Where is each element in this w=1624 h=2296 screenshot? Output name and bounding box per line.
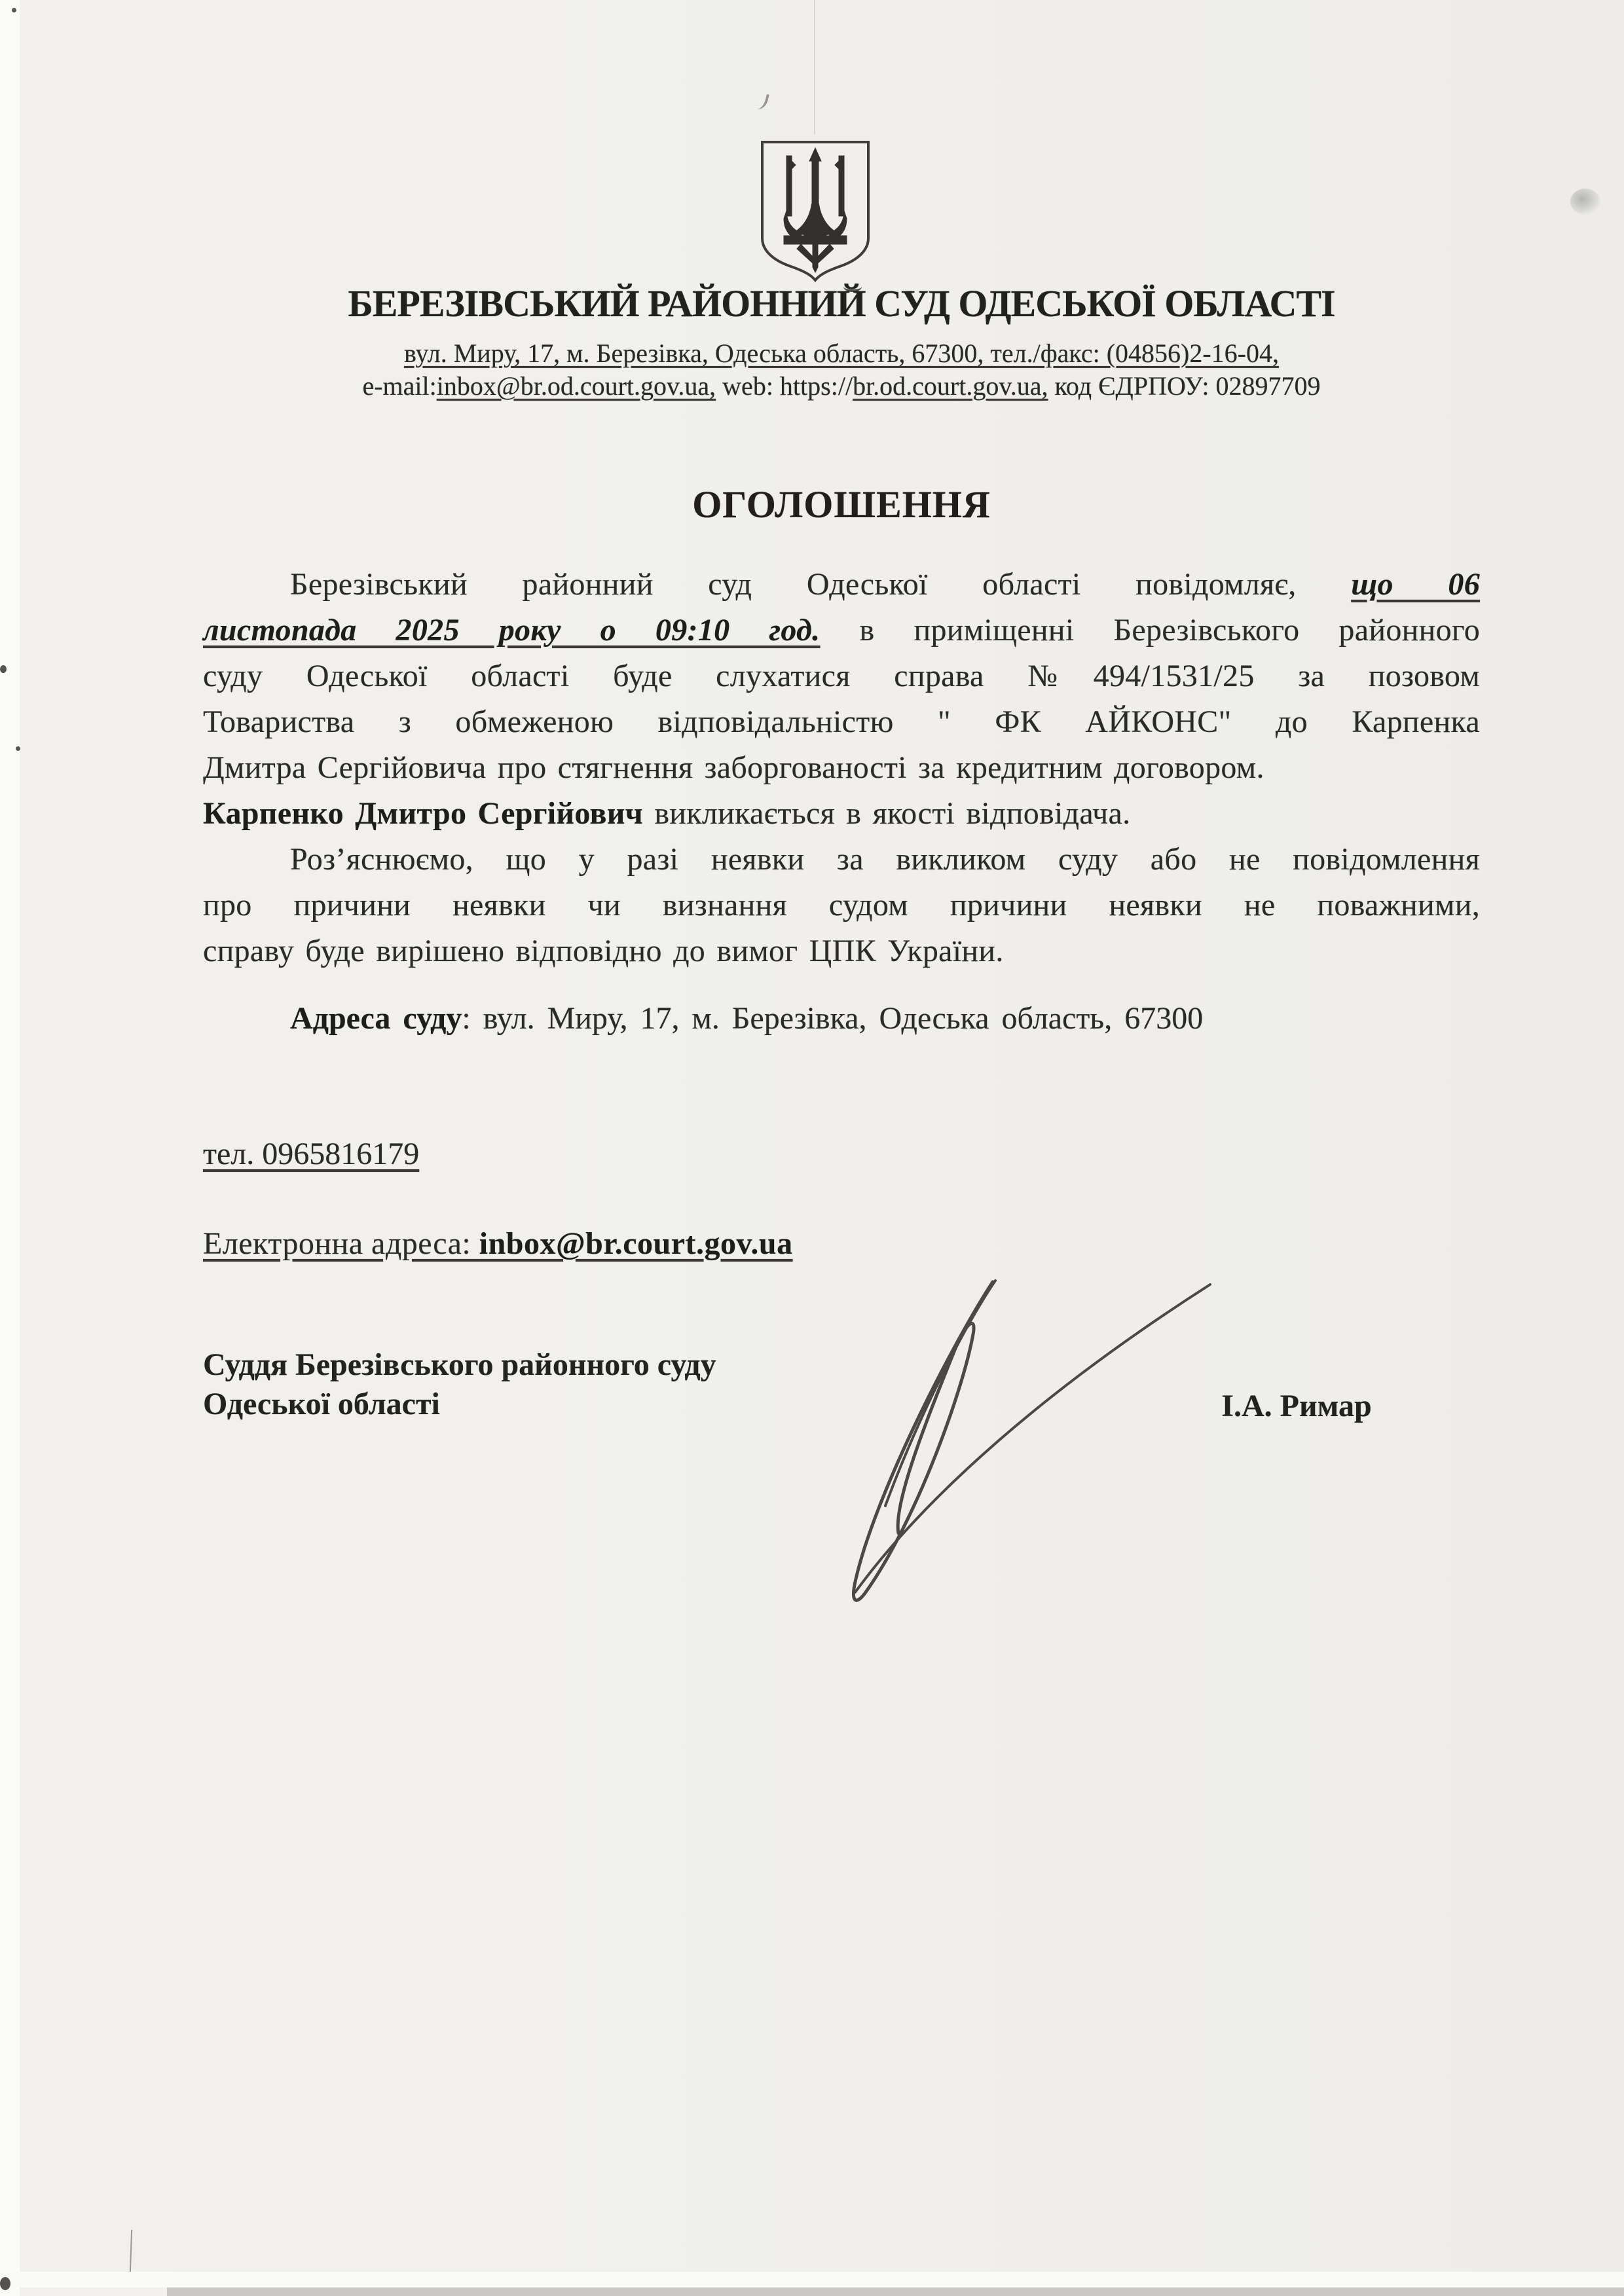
body-line: справу буде вирішено відповідно до вимог… [203, 928, 1480, 974]
scan-speck [16, 746, 20, 751]
text-segment: web: https:// [716, 371, 853, 401]
email-line: Електронна адреса: inbox@br.court.gov.ua [203, 1226, 1480, 1262]
text-segment: Адреса суду [290, 1001, 462, 1036]
text-segment: Роз’яснюємо, що у разі неявки за виклико… [290, 842, 1480, 877]
body-line: Карпенко Дмитро Сергійович викликається … [203, 791, 1480, 837]
text-segment: листопада 2025 року о 09:10 год. [203, 613, 820, 647]
body-line: про причини неявки чи визнання судом при… [203, 883, 1480, 928]
text-segment: про причини неявки чи визнання судом при… [203, 888, 1480, 922]
text-segment: що 06 [1351, 567, 1480, 602]
text-segment: inbox@br.court.gov.ua [479, 1226, 793, 1261]
scan-fold-line [814, 0, 815, 134]
text-segment: Дмитра Сергійовича про стягнення заборго… [203, 750, 1264, 785]
scan-scratch [130, 2230, 132, 2272]
body-line: Роз’яснюємо, що у разі неявки за виклико… [203, 837, 1480, 883]
judge-title-line-2: Одеської області [203, 1385, 923, 1424]
judge-name: І.А. Римар [1100, 1388, 1493, 1424]
text-segment: тел. 0965816179 [203, 1137, 419, 1171]
phone-line: тел. 0965816179 [203, 1136, 1480, 1172]
text-segment: : вул. Миру, 17, м. Березівка, Одеська о… [462, 1001, 1203, 1036]
body-line: листопада 2025 року о 09:10 год. в примі… [203, 608, 1480, 653]
court-contact-header-line: e-mail:inbox@br.od.court.gov.ua, web: ht… [203, 371, 1480, 401]
scan-speck [0, 665, 7, 673]
body-line: Дмитра Сергійовича про стягнення заборго… [203, 745, 1480, 791]
scan-smudge [1570, 189, 1600, 215]
body-line: суду Одеської області буде слухатися спр… [203, 653, 1480, 699]
court-address-line: Адреса суду: вул. Миру, 17, м. Березівка… [203, 1000, 1480, 1036]
scan-edge-strip [0, 0, 20, 2296]
scanned-court-announcement-page: { "page": { "paper_color": "#f0efed", "i… [0, 0, 1624, 2296]
document-title: ОГОЛОШЕННЯ [203, 483, 1480, 526]
text-segment: суду Одеської області буде слухатися спр… [203, 659, 1480, 693]
scan-tick-artifact [752, 92, 769, 111]
scan-speck [0, 2277, 10, 2290]
text-segment: Електронна адреса: [203, 1226, 479, 1261]
ukraine-trident-emblem-icon [758, 139, 873, 284]
text-segment: inbox@br.od.court.gov.ua, [437, 371, 716, 401]
text-segment: викликається в якості відповідача. [643, 796, 1130, 831]
text-segment: br.od.court.gov.ua, [853, 371, 1048, 401]
text-segment: Карпенко Дмитро Сергійович [203, 796, 643, 831]
text-segment: e-mail: [362, 371, 436, 401]
text-segment: Товариства з обмеженою відповідальністю … [203, 704, 1480, 739]
court-name-heading: БЕРЕЗІВСЬКИЙ РАЙОННИЙ СУД ОДЕСЬКОЇ ОБЛАС… [174, 282, 1509, 325]
judge-title-block: Суддя Березівського районного суду Одесь… [203, 1345, 923, 1424]
body-line: Товариства з обмеженою відповідальністю … [203, 699, 1480, 745]
scan-bottom-white-band [0, 2272, 1624, 2287]
text-segment: код ЄДРПОУ: 02897709 [1048, 371, 1321, 401]
judge-title-line-1: Суддя Березівського районного суду [203, 1345, 923, 1385]
text-segment: справу буде вирішено відповідно до вимог… [203, 934, 1004, 968]
court-address-header-line: вул. Миру, 17, м. Березівка, Одеська обл… [203, 338, 1480, 369]
text-segment: Березівський районний суд Одеської облас… [290, 567, 1351, 602]
text-segment: вул. Миру, 17, м. Березівка, Одеська обл… [404, 338, 1279, 368]
body-line: Березівський районний суд Одеської облас… [203, 562, 1480, 608]
text-segment: в приміщенні Березівського районного [820, 613, 1480, 647]
scan-speck [12, 8, 16, 12]
announcement-body: Березівський районний суд Одеської облас… [203, 562, 1480, 974]
scan-bottom-gray-strip [167, 2287, 1624, 2296]
